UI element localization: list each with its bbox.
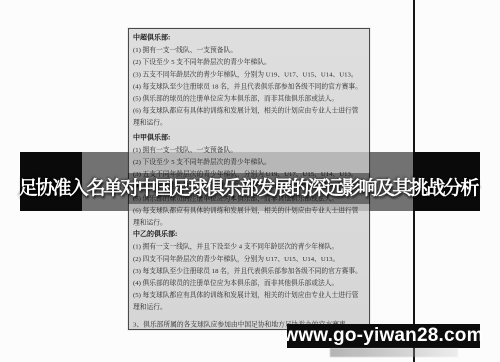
doc-line: (2) 下设至少 5 支不同年龄层次的青少年梯队。 — [133, 56, 365, 68]
doc-line: (3) 五支不同年龄层次的青少年梯队，分别为 U19、U17、U15、U14、U… — [133, 68, 365, 80]
doc-line: (4) 俱乐部的球员的注册单位应为本俱乐部，而非其他俱乐部或法人。 — [133, 277, 365, 289]
doc-line: (3) 每支球队至少注册球员 18 名，并且代表俱乐部参加各级不同的官方赛事。 — [133, 265, 365, 277]
watermark-url: www.go-yiwan28.com — [283, 325, 483, 347]
doc-line: 理和运行。 — [133, 301, 365, 313]
doc-line: (5) 俱乐部的球员的注册单位应为本俱乐部，而非其他俱乐部或法人。 — [133, 93, 365, 105]
doc-line: (2) 四支不同年龄层次的青少年梯队，分别为 U17、U15、U14、U13。 — [133, 253, 365, 265]
doc-line: 理和运行。 — [133, 117, 365, 129]
section-title: 中超俱乐部: — [133, 32, 365, 44]
doc-line: (1) 拥有一支一线队、一支预备队。 — [133, 44, 365, 56]
doc-line: 理和运行。 — [133, 217, 365, 229]
doc-line: (4) 每支球队至少注册球员 18 名，并且代表俱乐部参加各级不同的官方赛事。 — [133, 80, 365, 92]
page: 中超俱乐部: (1) 拥有一支一线队、一支预备队。 (2) 下设至少 5 支不同… — [0, 0, 500, 362]
faint-logo-watermark — [330, 348, 458, 357]
section-csl: 中超俱乐部: (1) 拥有一支一线队、一支预备队。 (2) 下设至少 5 支不同… — [133, 32, 365, 129]
section-title: 中甲俱乐部: — [133, 132, 365, 144]
doc-line: (1) 拥有一支一线队，并且下设至少 4 支不同年龄层次的青少年梯队。 — [133, 241, 365, 253]
section-league-two: 中乙的俱乐部: (1) 拥有一支一线队，并且下设至少 4 支不同年龄层次的青少年… — [133, 229, 365, 314]
doc-line: (5) 每支球队都应有具体的训练和发展计划，相关的计划应由专业人士进行管 — [133, 289, 365, 301]
watermark-banner: www.go-yiwan28.com — [287, 324, 480, 348]
headline-title: 足协准入名单对中国足球俱乐部发展的深远影响及其挑战分析 — [12, 168, 484, 204]
section-title: 中乙的俱乐部: — [133, 229, 365, 241]
doc-line: (6) 每支球队都应有具体的训练和发展计划，相关的计划应由专业人士进行管 — [133, 105, 365, 117]
